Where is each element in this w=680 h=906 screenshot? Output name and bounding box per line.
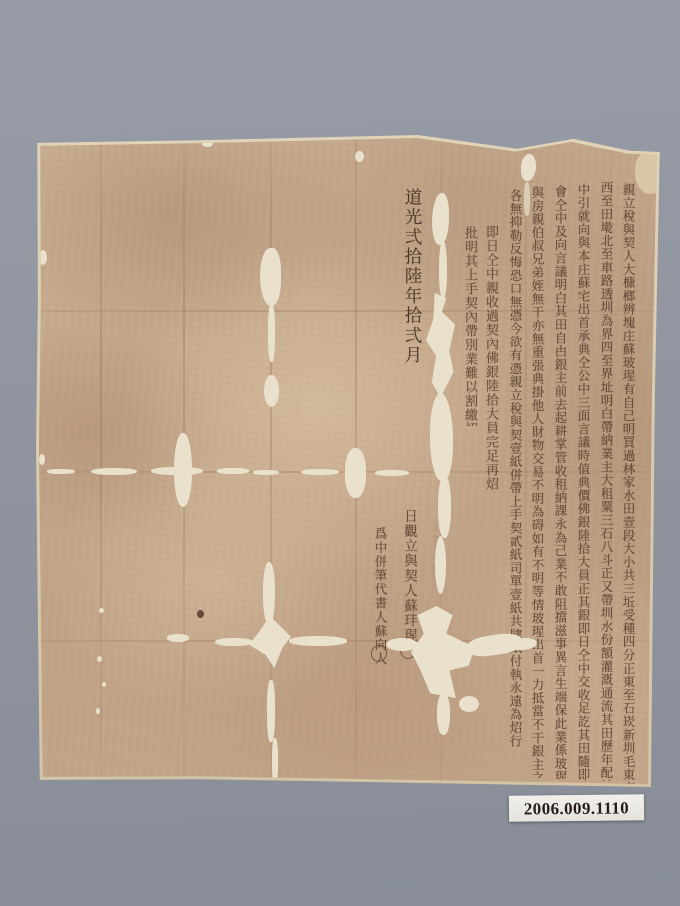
- fold-line-vertical: [100, 138, 102, 786]
- date-column: 道光弍拾陸年拾弍月: [398, 188, 425, 366]
- paper-damage-spot: [459, 696, 479, 712]
- paper-damage-spot: [39, 250, 47, 265]
- paper-damage-spot: [264, 375, 279, 407]
- paper-damage-spot: [217, 468, 249, 474]
- paper-damage-spot: [375, 470, 409, 476]
- accession-label: 2006.009.1110: [509, 794, 644, 821]
- paper-damage-spot: [438, 476, 451, 538]
- paper-damage-spot: [151, 467, 203, 475]
- note-column-2: 批明其上手契內帶別業難以割繳炤: [460, 226, 479, 426]
- paper-damage-spot: [426, 293, 455, 398]
- paper-damage-spot: [215, 638, 253, 646]
- manuscript-paper: 親立稅與契人大槺榔辨塊庄蘇玻瑆有自己明買過林家水田壹段大小共三坵受種四分正東至石…: [36, 135, 661, 789]
- paper-damage-spot: [97, 656, 102, 662]
- paper-damage-spot: [39, 454, 45, 465]
- paper-damage-spot: [355, 151, 364, 162]
- text-column-3: 中引就向與本庄蘇宅出首承典仝公中三面言議時值典價佛銀陸拾大員正其銀即日仝中交收足…: [571, 183, 592, 781]
- ink-fleck: [197, 610, 204, 618]
- accession-number: 2006.009.1110: [524, 799, 630, 817]
- paper-damage-spot: [439, 241, 447, 299]
- paper-damage-spot: [249, 616, 291, 668]
- text-column-6: 各無抑勒反悔恐口無憑今欲有憑親立稅與契壹紙併帶上手契貳紙司單壹紙共肆紙付執永遠為…: [503, 189, 524, 775]
- paper-damage-spot: [253, 470, 279, 475]
- paper-damage-spot: [268, 304, 275, 362]
- note-column-1: 即日仝中親收過契內佛銀陸拾大員完足再炤: [481, 225, 500, 517]
- paper-damage-spot: [386, 638, 418, 651]
- paper-damage-spot: [411, 606, 475, 698]
- paper-damage-spot: [635, 152, 665, 194]
- paper-damage-spot: [267, 680, 275, 742]
- text-column-2: 西至田墘北至車路透圳為界四至界址明白帶納業主大租粟三石八斗正又帶圳水份額灌溉通流…: [594, 181, 615, 781]
- text-column-5: 與房親伯叔兄弟姪無干亦無重張典掛他人財物交易不明為碍如有不明等情玻瑆出首一力抵當…: [525, 186, 546, 778]
- paper-damage-spot: [96, 708, 100, 714]
- paper-damage-spot: [437, 693, 450, 735]
- paper-damage-spot: [345, 448, 366, 498]
- paper-damage-spot: [301, 469, 339, 475]
- paper-damage-spot: [102, 682, 106, 687]
- paper-damage-spot: [167, 634, 189, 642]
- paper-damage-spot: [524, 182, 530, 216]
- paper-damage-spot: [272, 738, 278, 784]
- paper-damage-spot: [99, 608, 104, 613]
- paper-damage-spot: [47, 469, 75, 474]
- paper-damage-spot: [435, 536, 446, 594]
- paper-damage-spot: [202, 141, 213, 147]
- text-column-4: 會仝中及向言議明白其田自甴銀主前去起耕掌管收租納課永為己業不敢阻擋滋事異言生端保…: [548, 185, 569, 779]
- paper-damage-spot: [432, 193, 449, 245]
- paper-damage-spot: [289, 636, 347, 646]
- paper-damage-spot: [91, 468, 137, 475]
- text-column-1: 親立稅與契人大槺榔辨塊庄蘇玻瑆有自己明買過林家水田壹段大小共三坵受種四分正東至石…: [616, 183, 637, 785]
- paper-damage-spot: [430, 393, 453, 481]
- paper-damage-spot: [260, 248, 281, 306]
- paper-damage-spot: [521, 154, 536, 181]
- museum-mount-background: 親立稅與契人大槺榔辨塊庄蘇玻瑆有自己明買過林家水田壹段大小共三坵受種四分正東至石…: [0, 0, 680, 906]
- paper-surface: 親立稅與契人大槺榔辨塊庄蘇玻瑆有自己明買過林家水田壹段大小共三坵受種四分正東至石…: [39, 138, 658, 786]
- paper-damage-spot: [263, 562, 275, 624]
